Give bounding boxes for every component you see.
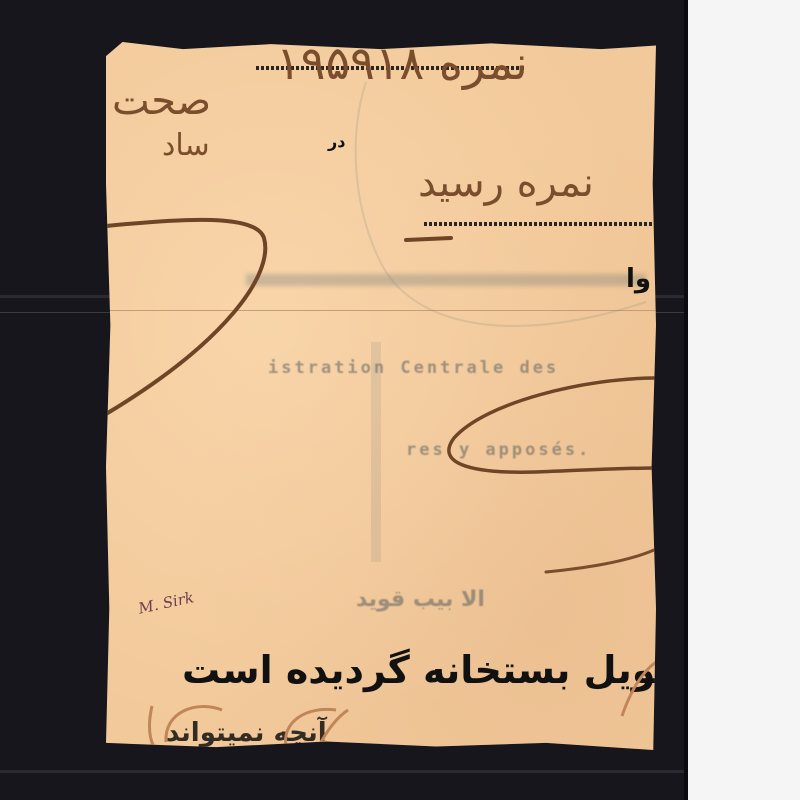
fold-line [106,310,656,311]
pen-stroke-right [546,550,654,572]
handwritten-left-word: صحت [112,78,211,124]
stockcard-strip [0,770,688,773]
faint-printed-band [246,274,646,286]
handwritten-date-fragment: ساد [162,128,210,163]
page-margin [688,0,800,800]
printed-french-line-2: res y apposés. [406,440,591,460]
signature: M. Sirk [137,588,196,617]
dotted-rule [424,222,656,226]
faint-persian-print: الا بیب قوید [356,587,485,612]
stamp-main-text: تحویل بستخانه گردیده است [182,648,697,692]
printed-right-fragment: وا [626,264,651,294]
faded-brown-curve [150,706,158,750]
printed-french-line-1: istration Centrale des [268,358,559,378]
handwritten-middle-word: نمره رسید [418,160,594,206]
document-paper: istration Centrale des res y apposés. ال… [106,42,656,750]
pen-loop-left [106,220,265,414]
handwritten-small-word: در [328,132,345,151]
pen-underline [406,238,451,240]
